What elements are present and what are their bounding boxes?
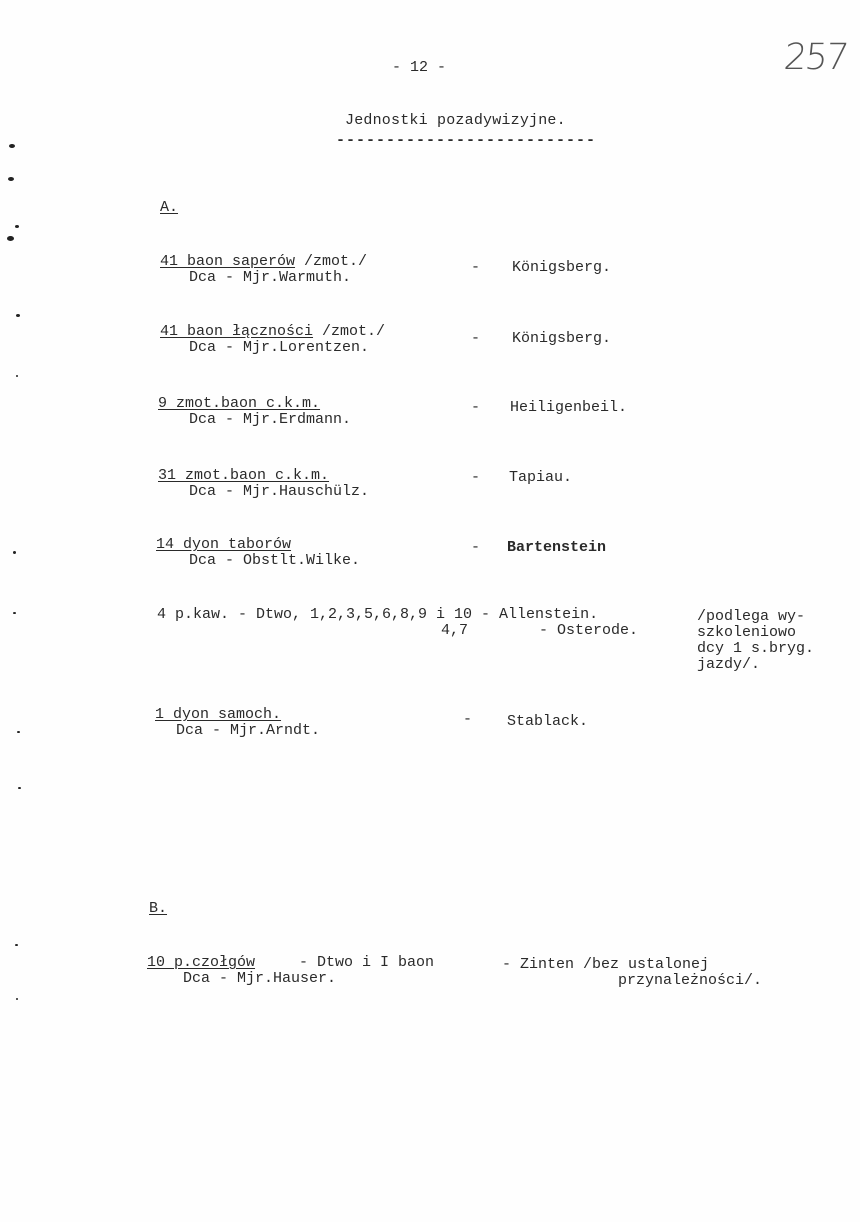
margin-mark: [17, 731, 20, 733]
margin-mark: [15, 225, 19, 228]
unit-location: Heiligenbeil.: [510, 400, 627, 416]
unit-name: 41 baon saperów: [160, 253, 295, 270]
unit-commander: Dca - Mjr.Arndt.: [176, 723, 320, 739]
margin-mark: [15, 944, 18, 946]
unit-commander: Dca - Mjr.Hauser.: [183, 971, 336, 987]
margin-mark: [8, 177, 14, 181]
margin-mark: [16, 314, 20, 317]
margin-mark: [9, 144, 15, 148]
unit-name: 41 baon łączności: [160, 323, 313, 340]
unit-commander: Dca - Mjr.Lorentzen.: [189, 340, 369, 356]
unit-location: Tapiau.: [509, 470, 572, 486]
unit-dash: -: [471, 470, 480, 486]
unit-dash: -: [471, 331, 480, 347]
handwritten-folio-number: 257: [783, 50, 847, 66]
document-title: Jednostki pozadywizyjne.: [345, 113, 566, 129]
unit-commander: Dca - Mjr.Erdmann.: [189, 412, 351, 428]
unit-location: Königsberg.: [512, 331, 611, 347]
unit-location: Stablack.: [507, 714, 588, 730]
margin-mark: [13, 612, 16, 614]
unit-location: - Zinten /bez ustalonej: [502, 957, 709, 973]
cavalry-note: jazdy/.: [697, 657, 760, 673]
unit-dash: -: [471, 400, 480, 416]
margin-mark: [16, 375, 18, 377]
margin-mark: [16, 998, 18, 1000]
unit-name: 1 dyon samoch.: [155, 707, 281, 723]
cavalry-line: 4 p.kaw. - Dtwo, 1,2,3,5,6,8,9 i 10 - Al…: [157, 607, 598, 623]
unit-name: 9 zmot.baon c.k.m.: [158, 396, 320, 412]
unit-location: Bartenstein: [507, 540, 606, 556]
unit-dash: -: [463, 712, 472, 728]
unit-detail: - Dtwo i I baon: [299, 955, 434, 971]
unit-commander: Dca - Obstlt.Wilke.: [189, 553, 360, 569]
unit-suffix: /zmot./: [295, 253, 367, 270]
page-number: - 12 -: [392, 60, 446, 76]
cavalry-squadrons: 4,7: [441, 623, 468, 639]
unit-dash: -: [471, 540, 480, 556]
unit-name: 31 zmot.baon c.k.m.: [158, 468, 329, 484]
unit-commander: Dca - Mjr.Hauschülz.: [189, 484, 369, 500]
unit-location-cont: przynależności/.: [618, 973, 762, 989]
margin-mark: [7, 236, 14, 241]
cavalry-note: /podlega wy-: [697, 609, 805, 625]
title-underline: --------------------------: [336, 133, 596, 149]
unit-location: Königsberg.: [512, 260, 611, 276]
cavalry-note: dcy 1 s.bryg.: [697, 641, 814, 657]
unit-suffix: /zmot./: [313, 323, 385, 340]
cavalry-note: szkoleniowo: [697, 625, 796, 641]
unit-name: 14 dyon taborów: [156, 537, 291, 553]
margin-mark: [18, 787, 21, 789]
margin-mark: [13, 551, 16, 554]
section-b-label: B.: [149, 901, 167, 917]
unit-dash: -: [471, 260, 480, 276]
unit-commander: Dca - Mjr.Warmuth.: [189, 270, 351, 286]
unit-name: 10 p.czołgów: [147, 955, 255, 971]
section-a-label: A.: [160, 200, 178, 216]
cavalry-location-2: - Osterode.: [539, 623, 638, 639]
